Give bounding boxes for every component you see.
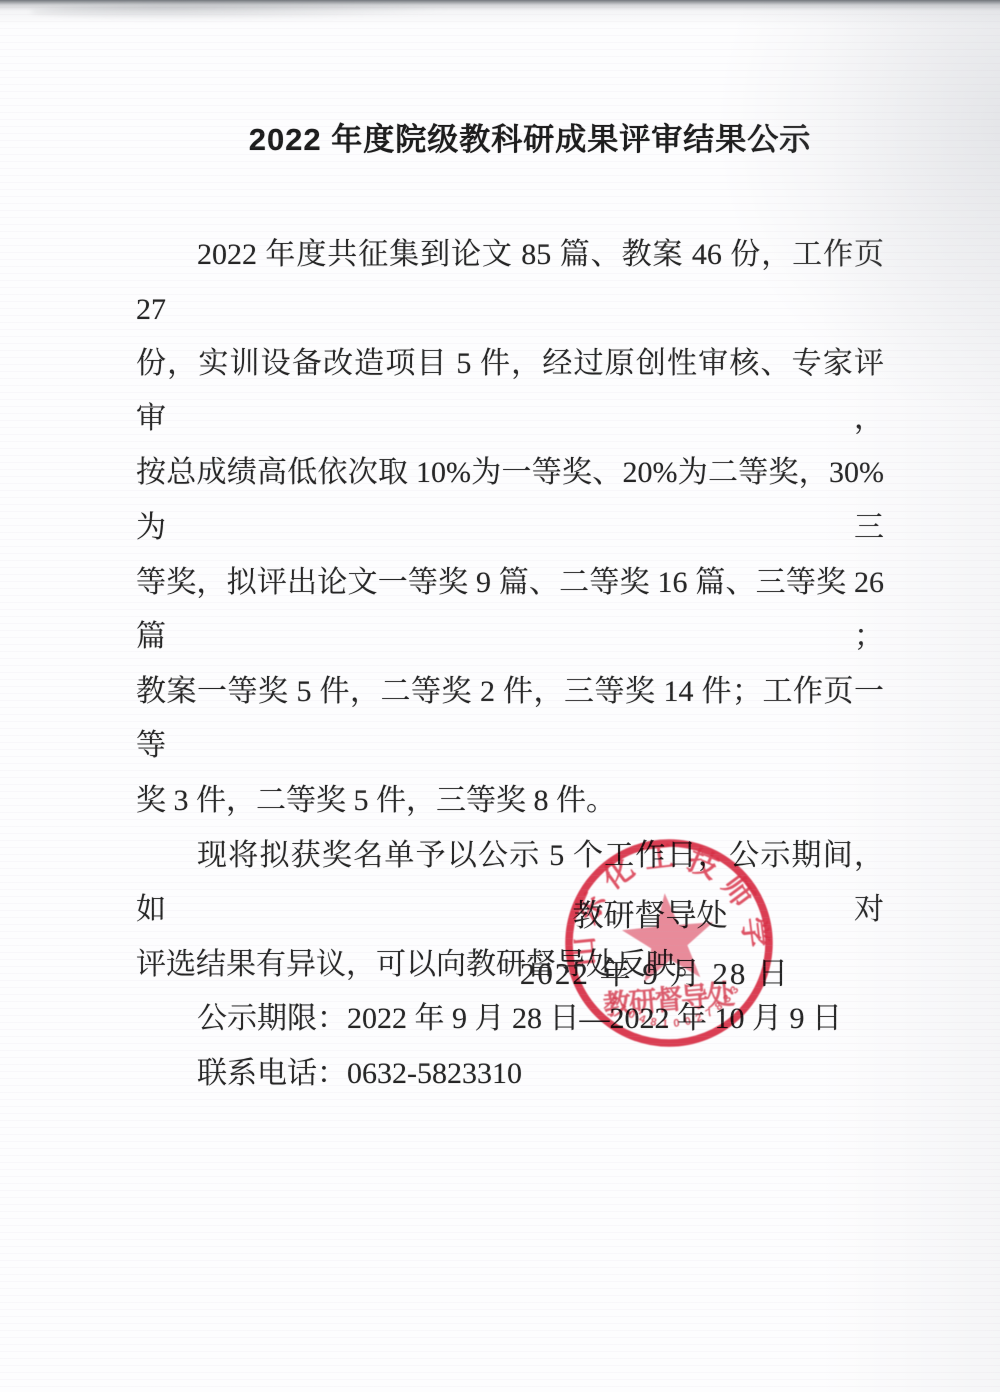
seal-center-text: 教研督导处 [602,979,736,1021]
body-line: 奖 3 件，二等奖 5 件，三等奖 8 件。 [136,774,884,829]
contact-phone-line: 联系电话：0632-5823310 [136,1047,884,1102]
scan-top-smudge [30,4,460,20]
body-line: 2022 年度共征集到论文 85 篇、教案 46 份，工作页 27 [136,228,884,337]
body-line: 教案一等奖 5 件，二等奖 2 件，三等奖 14 件；工作页一等 [136,665,884,774]
official-seal-stamp: 山东化工技师学院 教研督导处 3704810027833 [559,833,779,1053]
body-line: 等奖，拟评出论文一等奖 9 篇、二等奖 16 篇、三等奖 26 篇； [136,556,884,665]
body-line: 份，实训设备改造项目 5 件，经过原创性审核、专家评审， [136,337,884,446]
scanned-notice-page: { "doc": { "title": "2022 年度院级教科研成果评审结果公… [0,0,1000,1392]
notice-title: 2022 年度院级教科研成果评审结果公示 [60,118,1000,162]
body-line: 按总成绩高低依次取 10%为一等奖、20%为二等奖，30%为三 [136,446,884,555]
seal-star-icon [619,889,718,983]
scan-top-edge-band [0,0,1000,26]
